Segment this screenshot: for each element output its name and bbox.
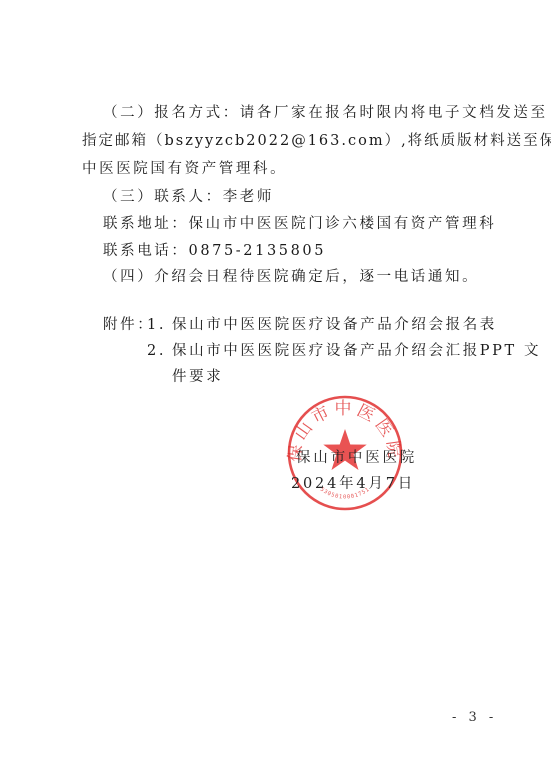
- paragraph-department: 中医医院国有资产管理科。: [82, 160, 287, 178]
- signature-date: 2024年4月7日: [291, 472, 415, 493]
- signature-organization: 保山市中医医院: [296, 446, 417, 467]
- paragraph-registration-method: （二）报名方式：请各厂家在报名时限内将电子文档发送至: [103, 104, 548, 122]
- page-number: - 3 -: [452, 710, 497, 725]
- paragraph-schedule: （四）介绍会日程待医院确定后，逐一电话通知。: [103, 268, 479, 286]
- attachment-1-text: 保山市中医医院医疗设备产品介绍会报名表: [172, 316, 497, 334]
- paragraph-contact-person: （三）联系人：李老师: [103, 188, 274, 206]
- paragraph-email: 指定邮箱（bszyyzcb2022@163.com）,将纸质版材料送至保山市: [82, 132, 551, 150]
- attachment-2-number: 2.: [147, 342, 166, 360]
- paragraph-contact-phone: 联系电话：0875-2135805: [103, 242, 326, 260]
- attachment-1-number: 1.: [147, 316, 166, 334]
- paragraph-contact-address: 联系地址：保山市中医医院门诊六楼国有资产管理科: [103, 215, 496, 233]
- attachment-2-text-cont: 件要求: [172, 368, 223, 386]
- attachment-2-text: 保山市中医医院医疗设备产品介绍会汇报PPT 文: [172, 342, 541, 360]
